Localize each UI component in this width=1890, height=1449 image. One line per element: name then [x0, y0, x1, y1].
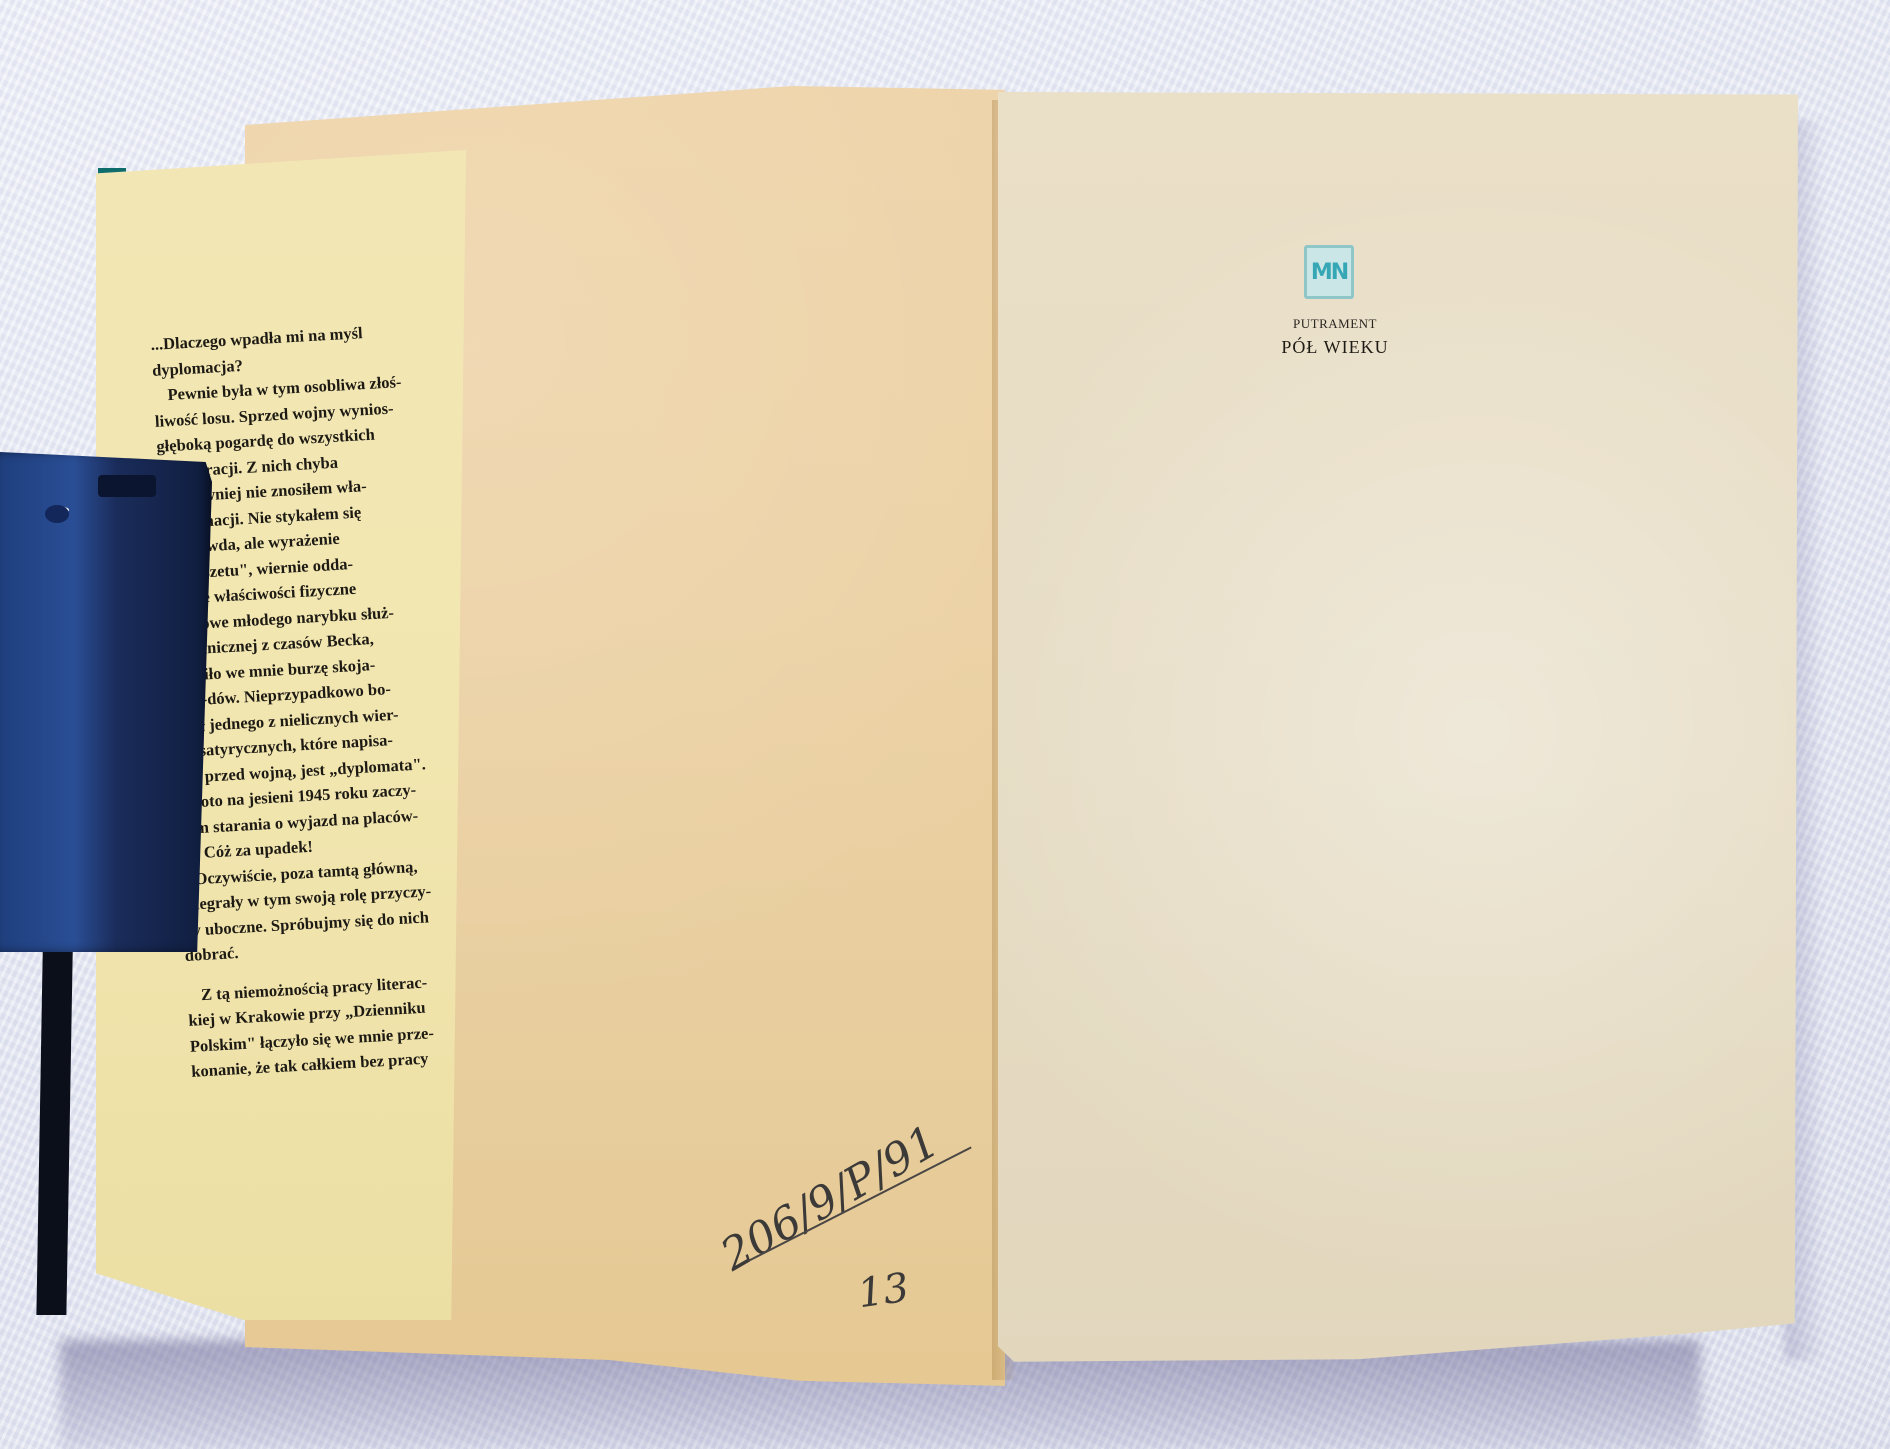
flap-blurb-text: ...Dlaczego wpadła mi na myśl dyplomacja…	[150, 314, 522, 1085]
clip-rivet	[45, 505, 69, 523]
publisher-logo-icon: MN	[1304, 245, 1354, 299]
blue-binder-clip	[0, 452, 212, 952]
inscription-line-2: 13	[855, 1265, 912, 1318]
book-title: PÓŁ WIEKU	[1270, 337, 1400, 358]
handwritten-inscription: 206/9/P/91 13	[738, 1180, 978, 1320]
title-page	[998, 92, 1798, 1372]
author-name: PUTRAMENT	[1290, 316, 1380, 332]
clip-slot	[98, 475, 156, 497]
